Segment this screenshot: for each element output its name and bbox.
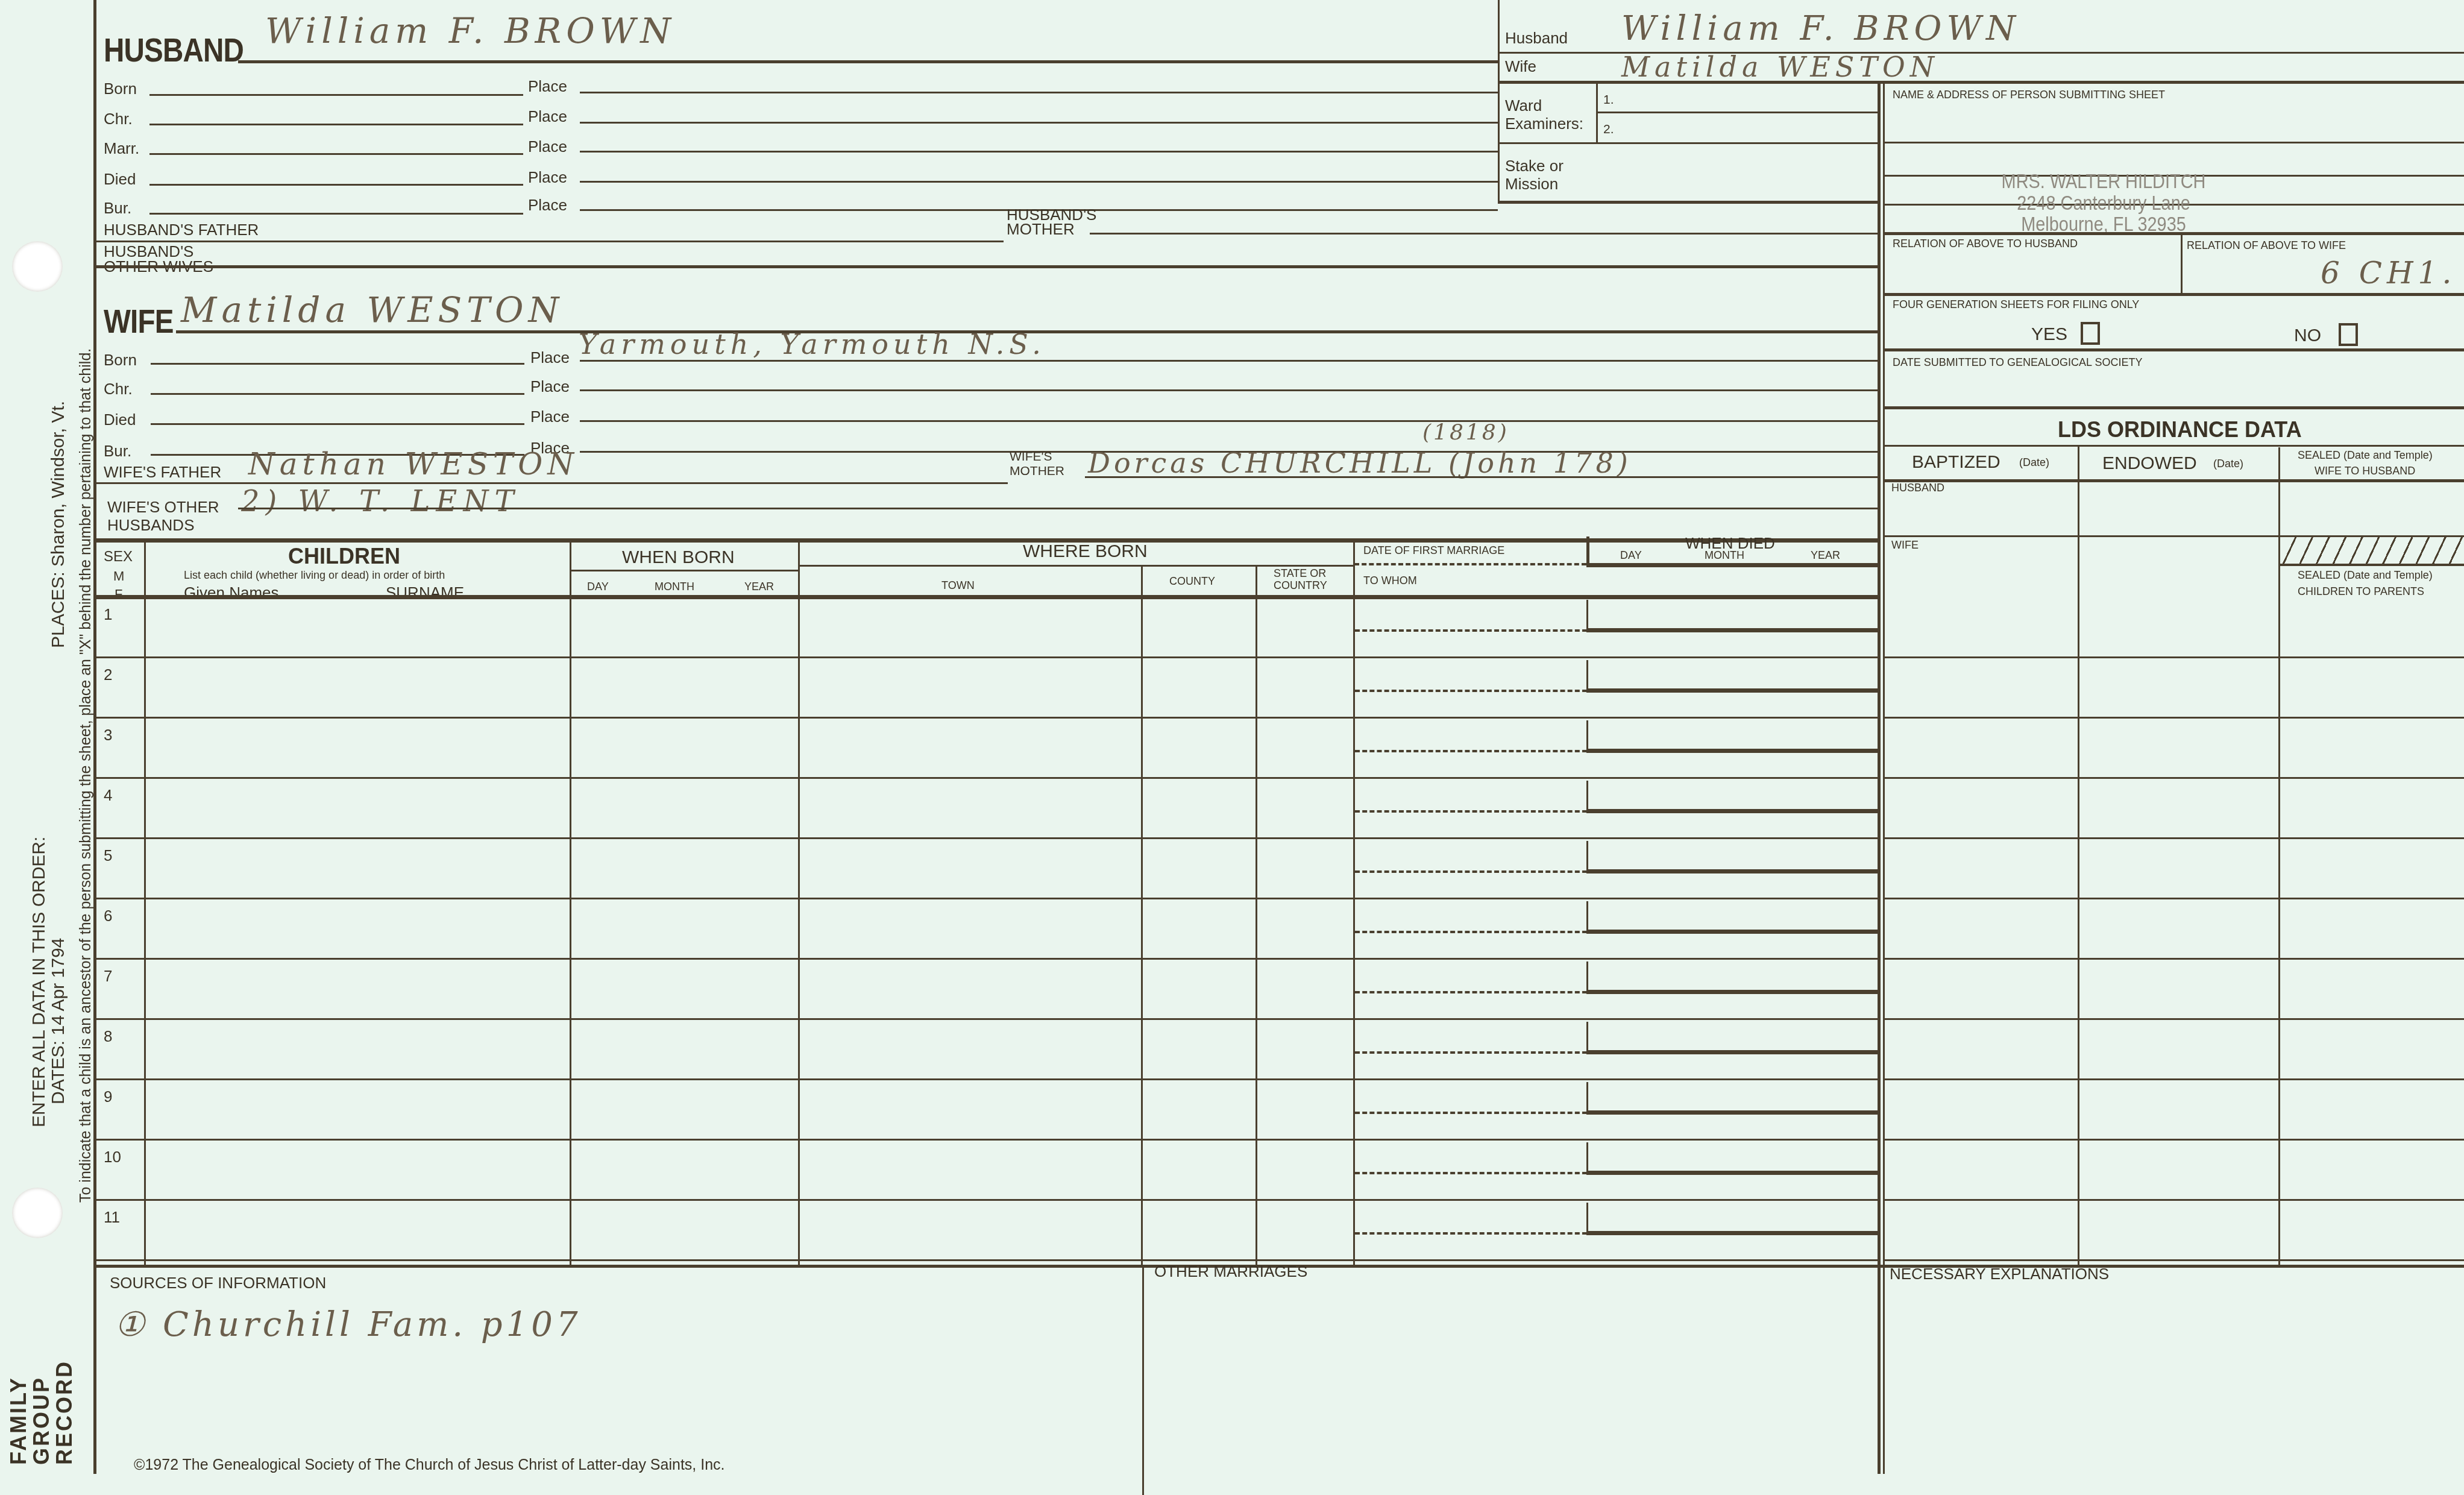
husband-died-date-field[interactable] [149, 184, 523, 186]
child-row-bottom [95, 898, 1879, 899]
child-number: 9 [104, 1089, 112, 1104]
child-state-field[interactable] [1259, 842, 1351, 896]
child-to-whom-field[interactable] [1356, 1055, 1875, 1077]
lds-row-bottom [1883, 1259, 2464, 1261]
child-born-date-field[interactable] [573, 1083, 796, 1137]
sealed-spouse-label-2: WIFE TO HUSBAND [2315, 465, 2415, 476]
child-sex-field[interactable] [121, 1203, 142, 1257]
child-to-whom-field[interactable] [1356, 874, 1875, 896]
husband-name[interactable]: William F. BROWN [265, 13, 676, 48]
born-month-label: MONTH [655, 581, 694, 592]
child-county-field[interactable] [1144, 962, 1253, 1016]
relation-divider [2181, 234, 2183, 293]
relation-wife-label: RELATION OF ABOVE TO WIFE [2187, 240, 2346, 251]
lds-row-bottom [1883, 1139, 2464, 1141]
husband-born-place-field[interactable] [580, 92, 1498, 93]
child-name-field[interactable] [147, 1083, 568, 1137]
child-county-field[interactable] [1144, 1143, 1253, 1197]
when-born-subheader-line [570, 570, 800, 571]
child-to-whom-field[interactable] [1356, 1236, 1875, 1257]
husband-chr-place-field[interactable] [580, 122, 1498, 124]
child-marriage-dash [1355, 750, 1587, 752]
summary-wife-line [1498, 81, 2464, 84]
first-marriage-label: DATE OF FIRST MARRIAGE [1363, 545, 1504, 556]
child-marriage-date-field[interactable] [1356, 1203, 1584, 1232]
wife-mother-note: (1818) [1422, 422, 1509, 444]
child-to-whom-field[interactable] [1356, 995, 1875, 1016]
child-row-bottom [95, 1018, 1879, 1020]
child-died-underline [1586, 1231, 1878, 1235]
child-died-underline [1586, 869, 1878, 873]
name-col-divider [570, 541, 571, 1265]
yes-checkbox[interactable] [2081, 322, 2100, 345]
husband-chr-place-label: Place [528, 109, 567, 124]
lds-husband-endowed[interactable] [2081, 482, 2276, 534]
child-born-date-field[interactable] [573, 600, 796, 655]
wife-bur-label: Bur. [104, 443, 131, 459]
child-to-whom-field[interactable] [1356, 814, 1875, 836]
lds-row-bottom [1883, 1078, 2464, 1080]
child-marriage-date-field[interactable] [1356, 962, 1584, 991]
child-town-field[interactable] [801, 902, 1139, 956]
child-died-underline [1586, 930, 1878, 934]
state-col-divider [1353, 541, 1355, 1265]
husband-marr-date-field[interactable] [149, 153, 523, 155]
form-title-line-2: GROUP [30, 1360, 53, 1465]
child-sex-field[interactable] [121, 1143, 142, 1197]
endowed-label: ENDOWED [2102, 455, 2197, 473]
husband-marr-label: Marr. [104, 140, 139, 156]
child-sex-field[interactable] [121, 721, 142, 775]
relation-wife-value[interactable]: 6 CH1. [2321, 258, 2456, 288]
other-marriages-field[interactable] [1148, 1290, 1872, 1483]
stake-label-2: Mission [1505, 176, 1558, 192]
wife-name[interactable]: Matilda WESTON [181, 292, 564, 327]
child-state-field[interactable] [1259, 1203, 1351, 1257]
child-state-field[interactable] [1259, 600, 1351, 655]
sex-m-label: M [113, 570, 124, 583]
child-died-underline [1586, 688, 1878, 693]
stake-label-1: Stake or [1505, 158, 1564, 174]
relation-husband-label: RELATION OF ABOVE TO HUSBAND [1893, 238, 2078, 249]
child-died-divider [1586, 1203, 1588, 1233]
lds-sealed-spouse[interactable] [2281, 482, 2462, 534]
child-marriage-dash [1355, 1112, 1587, 1114]
child-name-field[interactable] [147, 781, 568, 836]
child-sex-field[interactable] [121, 661, 142, 715]
child-marriage-dash [1355, 1172, 1587, 1174]
wife-died-date-field[interactable] [151, 423, 524, 425]
stamp-name: MRS. WALTER HILDITCH [1996, 171, 2211, 193]
child-name-field[interactable] [147, 721, 568, 775]
lds-col-divider-2 [2278, 447, 2280, 1267]
child-state-field[interactable] [1259, 962, 1351, 1016]
summary-wife-name[interactable]: Matilda WESTON [1621, 53, 1939, 81]
to-whom-label: TO WHOM [1363, 575, 1417, 586]
child-county-field[interactable] [1144, 842, 1253, 896]
stake-bottom-line [1498, 201, 1878, 204]
wife-mother-name[interactable]: Dorcas CHURCHILL (John 178) [1088, 449, 1632, 477]
summary-wife-label: Wife [1505, 58, 1536, 74]
husband-heading: HUSBAND [104, 33, 244, 67]
child-name-field[interactable] [147, 962, 568, 1016]
form-title: FAMILY GROUP RECORD [7, 1360, 75, 1465]
child-state-field[interactable] [1259, 902, 1351, 956]
child-to-whom-field[interactable] [1356, 1176, 1875, 1197]
child-state-field[interactable] [1259, 721, 1351, 775]
child-died-date-field[interactable] [1589, 600, 1876, 627]
child-marriage-date-field[interactable] [1356, 842, 1584, 870]
child-marriage-date-field[interactable] [1356, 781, 1584, 810]
child-state-field[interactable] [1259, 1083, 1351, 1137]
child-marriage-dash [1355, 931, 1587, 933]
child-sex-field[interactable] [121, 842, 142, 896]
husband-born-date-field[interactable] [149, 94, 523, 96]
child-name-field[interactable] [147, 1143, 568, 1197]
examiner-2-field[interactable] [1600, 113, 1875, 140]
husband-mother-field[interactable] [1090, 233, 1878, 234]
explanations-label: NECESSARY EXPLANATIONS [1890, 1266, 2109, 1282]
wife-died-place-label: Place [530, 409, 570, 424]
ancestor-note: To indicate that a child is an ancestor … [77, 348, 95, 1203]
submitter-stamp: MRS. WALTER HILDITCH 2248 Canterbury Lan… [1996, 171, 2211, 236]
child-county-field[interactable] [1144, 600, 1253, 655]
child-died-date-field[interactable] [1589, 1203, 1876, 1230]
lds-row-bottom [1883, 958, 2464, 960]
child-county-field[interactable] [1144, 1083, 1253, 1137]
husband-section-bottom [95, 265, 1879, 268]
died-year-label: YEAR [1811, 550, 1840, 561]
child-born-date-field[interactable] [573, 902, 796, 956]
child-born-date-field[interactable] [573, 1203, 796, 1257]
first-marriage-dash [1354, 563, 1586, 565]
child-died-divider [1586, 1022, 1588, 1052]
lds-wife-endowed[interactable] [2081, 540, 2276, 600]
lds-husband-label: HUSBAND [1891, 482, 1944, 493]
child-sex-field[interactable] [121, 600, 142, 655]
child-county-field[interactable] [1144, 1203, 1253, 1257]
child-state-field[interactable] [1259, 781, 1351, 836]
child-marriage-date-field[interactable] [1356, 600, 1584, 629]
wife-died-place-field[interactable] [580, 420, 1878, 422]
child-town-field[interactable] [801, 842, 1139, 896]
child-number: 3 [104, 727, 112, 743]
child-marriage-date-field[interactable] [1356, 902, 1584, 931]
town-col-divider [1141, 567, 1143, 1265]
child-to-whom-field[interactable] [1356, 1115, 1875, 1137]
child-died-date-field[interactable] [1589, 781, 1876, 808]
child-to-whom-field[interactable] [1356, 934, 1875, 956]
child-town-field[interactable] [801, 1022, 1139, 1077]
four-gen-label: FOUR GENERATION SHEETS FOR FILING ONLY [1893, 299, 2139, 310]
child-died-underline [1586, 1110, 1878, 1115]
child-marriage-date-field[interactable] [1356, 661, 1584, 690]
husband-chr-label: Chr. [104, 111, 133, 127]
sealed-spouse-label-1: SEALED (Date and Temple) [2298, 450, 2433, 461]
child-town-field[interactable] [801, 600, 1139, 655]
child-marriage-dash [1355, 629, 1587, 632]
submitter-label: NAME & ADDRESS OF PERSON SUBMITTING SHEE… [1893, 89, 2165, 100]
child-town-field[interactable] [801, 1203, 1139, 1257]
child-marriage-dash [1355, 1232, 1587, 1235]
child-row-bottom [95, 958, 1879, 960]
child-county-field[interactable] [1144, 902, 1253, 956]
child-died-divider [1586, 660, 1588, 690]
child-sex-field[interactable] [121, 781, 142, 836]
child-row-bottom [95, 1199, 1879, 1201]
husband-father-field[interactable] [96, 241, 1004, 242]
child-marriage-date-field[interactable] [1356, 1083, 1584, 1112]
child-name-field[interactable] [147, 1022, 568, 1077]
where-born-label: WHERE BORN [1023, 543, 1148, 561]
husband-marr-place-field[interactable] [580, 151, 1498, 153]
child-county-field[interactable] [1144, 661, 1253, 715]
children-table-top [95, 538, 1879, 543]
child-name-field[interactable] [147, 1203, 568, 1257]
child-died-divider [1586, 781, 1588, 811]
submitter-bottom-line [1883, 232, 2464, 235]
child-town-field[interactable] [801, 1143, 1139, 1197]
child-county-field[interactable] [1144, 1022, 1253, 1077]
child-town-field[interactable] [801, 962, 1139, 1016]
child-died-divider [1586, 841, 1588, 871]
date-submitted-label: DATE SUBMITTED TO GENEALOGICAL SOCIETY [1893, 357, 2142, 368]
child-died-divider [1586, 962, 1588, 992]
lds-row-bottom [1883, 717, 2464, 719]
child-state-field[interactable] [1259, 1143, 1351, 1197]
child-died-date-field[interactable] [1589, 962, 1876, 989]
lds-wife-hatched-area [2280, 537, 2464, 566]
wife-mother-label-2: MOTHER [1010, 465, 1064, 477]
ward-label-2: Examiners: [1505, 116, 1583, 131]
child-county-field[interactable] [1144, 781, 1253, 836]
husband-born-label: Born [104, 81, 137, 96]
dates-instruction: DATES: 14 Apr 1794 [48, 938, 69, 1104]
child-born-date-field[interactable] [573, 962, 796, 1016]
when-died-header-bottom [1586, 563, 1878, 567]
town-label: TOWN [941, 580, 975, 591]
relation-husband-field[interactable] [1887, 253, 2176, 291]
sources-value[interactable]: ① Churchill Fam. p107 [115, 1308, 582, 1342]
stamp-street: 2248 Canterbury Lane [1996, 193, 2211, 215]
wife-father-label: WIFE'S FATHER [104, 464, 221, 480]
summary-husband-label: Husband [1505, 30, 1568, 46]
husband-mother-label-2: MOTHER [1007, 221, 1075, 237]
child-died-underline [1586, 749, 1878, 753]
summary-husband-name[interactable]: William F. BROWN [1621, 12, 2020, 46]
child-sex-field[interactable] [121, 1022, 142, 1077]
when-born-col-divider [798, 541, 800, 1265]
child-marriage-dash [1355, 1051, 1587, 1054]
wife-heading: WIFE [104, 304, 174, 338]
child-died-date-field[interactable] [1589, 902, 1876, 928]
child-marriage-date-field[interactable] [1356, 1143, 1584, 1172]
endowed-date-hint: (Date) [2213, 458, 2243, 469]
child-marriage-dash [1355, 810, 1587, 813]
wife-died-label: Died [104, 412, 136, 427]
child-died-underline [1586, 809, 1878, 813]
child-row-bottom [95, 1139, 1879, 1141]
left-border [93, 0, 96, 1474]
child-row-bottom [95, 1259, 1879, 1261]
husband-bur-place-label: Place [528, 197, 567, 213]
copyright: ©1972 The Genealogical Society of The Ch… [134, 1458, 725, 1473]
lds-row-bottom [1883, 898, 2464, 899]
child-to-whom-field[interactable] [1356, 693, 1875, 715]
child-row-bottom [95, 837, 1879, 839]
husband-father-label: HUSBAND'S FATHER [104, 222, 259, 238]
stake-field[interactable] [1597, 145, 1875, 200]
child-town-field[interactable] [801, 1083, 1139, 1137]
where-born-subheader-line [798, 565, 1354, 567]
lds-husband-baptized[interactable] [1887, 494, 2075, 534]
wife-other-husbands-label-1: WIFE'S OTHER [107, 499, 219, 515]
state-label-2: COUNTRY [1274, 580, 1327, 591]
husband-died-place-field[interactable] [580, 181, 1498, 183]
child-born-date-field[interactable] [573, 1143, 796, 1197]
children-header-bottom [95, 595, 1879, 599]
child-county-field[interactable] [1144, 721, 1253, 775]
child-name-field[interactable] [147, 902, 568, 956]
four-gen-bottom-line [1883, 348, 2464, 351]
sex-label: SEX [104, 550, 133, 564]
child-name-field[interactable] [147, 600, 568, 655]
husband-died-label: Died [104, 171, 136, 187]
child-number: 4 [104, 787, 112, 803]
child-born-date-field[interactable] [573, 1022, 796, 1077]
wife-other-husbands-label-2: HUSBANDS [107, 517, 194, 533]
husband-died-place-label: Place [528, 169, 567, 185]
sealed-children-label-1: SEALED (Date and Temple) [2298, 570, 2433, 581]
child-state-field[interactable] [1259, 661, 1351, 715]
summary-divider [1498, 0, 1500, 202]
no-checkbox[interactable] [2339, 323, 2358, 346]
state-label-1: STATE OR [1274, 568, 1326, 579]
lds-wife-baptized[interactable] [1887, 552, 2075, 600]
died-day-label: DAY [1620, 550, 1642, 561]
child-born-date-field[interactable] [573, 842, 796, 896]
child-died-date-field[interactable] [1589, 842, 1876, 868]
child-died-date-field[interactable] [1589, 721, 1876, 747]
wife-born-label: Born [104, 352, 137, 368]
child-number: 8 [104, 1028, 112, 1044]
sex-col-divider [144, 541, 146, 1265]
form-title-line-3: RECORD [53, 1360, 76, 1465]
child-state-field[interactable] [1259, 1022, 1351, 1077]
child-sex-field[interactable] [121, 962, 142, 1016]
wife-chr-place-label: Place [530, 379, 570, 394]
ward-label-1: Ward [1505, 98, 1542, 113]
child-to-whom-field[interactable] [1356, 633, 1875, 655]
child-name-field[interactable] [147, 842, 568, 896]
child-number: 6 [104, 908, 112, 924]
child-town-field[interactable] [801, 721, 1139, 775]
wife-born-date-field[interactable] [151, 363, 524, 365]
explanations-field[interactable] [1887, 1293, 2459, 1480]
husband-bur-date-field[interactable] [149, 213, 523, 215]
child-died-underline [1586, 1171, 1878, 1175]
child-number: 7 [104, 968, 112, 984]
children-subtitle: List each child (whether living or dead)… [184, 570, 445, 581]
lds-row-bottom [1883, 656, 2464, 658]
children-title: CHILDREN [288, 546, 400, 567]
child-to-whom-field[interactable] [1356, 754, 1875, 775]
date-submitted-field[interactable] [1887, 374, 2459, 404]
husband-chr-date-field[interactable] [149, 124, 523, 125]
wife-other-husbands-value[interactable]: 2) W. T. LENT [241, 487, 520, 516]
lds-row-bottom [1883, 777, 2464, 779]
other-marriages-divider [1142, 1266, 1144, 1495]
child-died-date-field[interactable] [1589, 661, 1876, 687]
child-born-date-field[interactable] [573, 781, 796, 836]
child-row-bottom [95, 656, 1879, 658]
no-label: NO [2294, 327, 2321, 345]
child-town-field[interactable] [801, 781, 1139, 836]
wife-born-place[interactable]: Yarmouth, Yarmouth N.S. [579, 330, 1046, 358]
child-died-date-field[interactable] [1589, 1083, 1876, 1109]
baptized-date-hint: (Date) [2019, 457, 2049, 468]
wife-chr-date-field[interactable] [151, 393, 524, 395]
wife-chr-place-field[interactable] [580, 389, 1878, 391]
child-row-bottom [95, 1078, 1879, 1080]
husband-name-line [238, 60, 1498, 63]
child-died-divider [1586, 600, 1588, 630]
child-died-divider [1586, 1142, 1588, 1172]
child-marriage-date-field[interactable] [1356, 1022, 1584, 1051]
date-submitted-bottom-line [1883, 406, 2464, 409]
lds-title-bottom [1883, 445, 2464, 447]
child-died-date-field[interactable] [1589, 1143, 1876, 1169]
wife-chr-label: Chr. [104, 381, 133, 397]
child-sex-field[interactable] [121, 1083, 142, 1137]
died-month-label: MONTH [1705, 550, 1744, 561]
child-died-underline [1586, 990, 1878, 994]
husband-bur-label: Bur. [104, 200, 131, 216]
wife-father-name[interactable]: Nathan WESTON [248, 449, 579, 479]
child-marriage-date-field[interactable] [1356, 721, 1584, 750]
child-died-date-field[interactable] [1589, 1022, 1876, 1049]
child-name-field[interactable] [147, 661, 568, 715]
form-title-line-1: FAMILY [7, 1360, 30, 1465]
child-town-field[interactable] [801, 661, 1139, 715]
places-instruction: PLACES: Sharon, Windsor, Vt. [48, 401, 69, 648]
child-sex-field[interactable] [121, 902, 142, 956]
lds-col-divider-1 [2078, 446, 2079, 1266]
wife-other-husbands-field [238, 508, 1878, 509]
child-number: 11 [104, 1209, 120, 1225]
child-born-date-field[interactable] [573, 721, 796, 775]
wife-born-place-field [580, 360, 1878, 362]
child-born-date-field[interactable] [573, 661, 796, 715]
order-instruction: ENTER ALL DATA IN THIS ORDER: [29, 837, 49, 1127]
child-marriage-dash [1355, 690, 1587, 692]
baptized-label: BAPTIZED [1912, 453, 2000, 471]
wife-father-field [95, 482, 1008, 484]
wife-mother-label-1: WIFE'S [1010, 450, 1052, 463]
sealed-children-label-2: CHILDREN TO PARENTS [2298, 586, 2424, 597]
lds-row-bottom [1883, 837, 2464, 839]
yes-label: YES [2031, 326, 2067, 344]
county-label: COUNTY [1169, 576, 1215, 587]
punch-hole-bottom [12, 1188, 63, 1238]
examiner-1-field[interactable] [1600, 84, 1875, 111]
child-died-underline [1586, 1050, 1878, 1054]
relation-bottom-line [1883, 293, 2464, 296]
submitter-line-1 [1883, 142, 2464, 143]
husband-marr-place-label: Place [528, 139, 567, 154]
lds-wife-label: WIFE [1891, 540, 1919, 550]
child-number: 2 [104, 667, 112, 682]
